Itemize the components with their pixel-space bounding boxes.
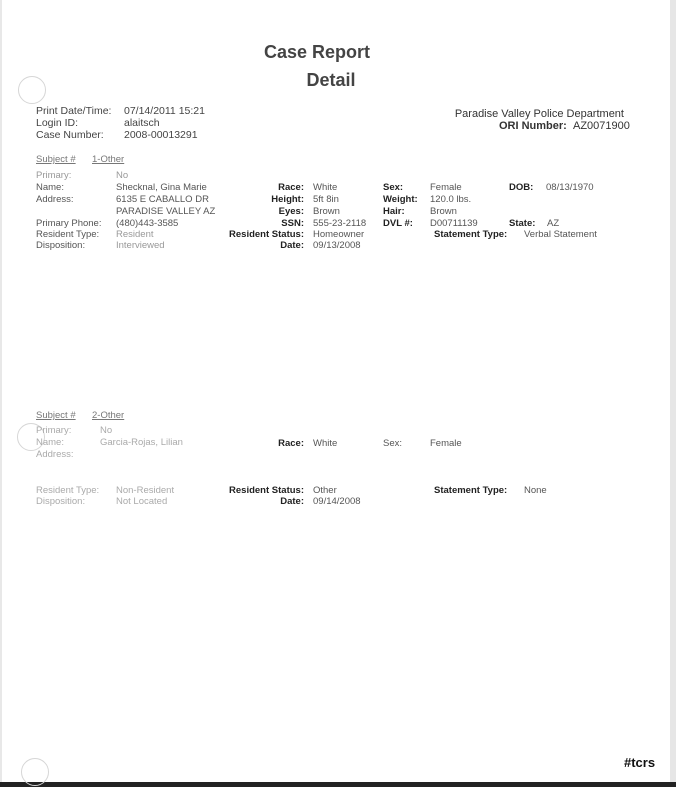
race-label: Race: — [278, 182, 304, 193]
case-number-label: Case Number: — [36, 129, 104, 141]
height-label: Height: — [271, 194, 304, 205]
address-label: Address: — [36, 449, 74, 460]
page-edge — [670, 0, 676, 782]
hair-label: Hair: — [383, 206, 405, 217]
sex-label: Sex: — [383, 438, 402, 449]
resident-type-label: Resident Type: — [36, 229, 99, 240]
sex-value: Female — [430, 182, 462, 193]
disposition-value: Interviewed — [116, 240, 165, 251]
name-label: Name: — [36, 437, 64, 448]
disposition-label: Disposition: — [36, 240, 85, 251]
dvl-label: DVL #: — [383, 218, 413, 229]
dob-label: DOB: — [509, 182, 533, 193]
print-datetime-label: Print Date/Time: — [36, 105, 111, 117]
name-value: Garcia-Rojas, Lilian — [100, 437, 183, 448]
primary-value: No — [100, 425, 112, 436]
weight-label: Weight: — [383, 194, 418, 205]
resident-status-label: Resident Status: — [229, 485, 304, 496]
name-value: Shecknal, Gina Marie — [116, 182, 207, 193]
ori-value: AZ0071900 — [573, 120, 630, 132]
login-id-value: alaitsch — [124, 117, 160, 129]
primary-phone-label: Primary Phone: — [36, 218, 101, 229]
statement-type-label: Statement Type: — [434, 229, 507, 240]
date-value: 09/14/2008 — [313, 496, 361, 507]
print-datetime-value: 07/14/2011 15:21 — [124, 105, 205, 117]
report-subtitle: Detail — [231, 70, 431, 91]
race-value: White — [313, 182, 337, 193]
ssn-label: SSN: — [281, 218, 304, 229]
ssn-value: 555-23-2118 — [313, 218, 366, 229]
date-label: Date: — [280, 240, 304, 251]
bottom-border — [0, 782, 676, 787]
resident-type-label: Resident Type: — [36, 485, 99, 496]
watermark-tag: #tcrs — [624, 755, 655, 770]
ori-label: ORI Number: — [499, 120, 567, 132]
name-label: Name: — [36, 182, 64, 193]
primary-value: No — [116, 170, 128, 181]
dob-value: 08/13/1970 — [546, 182, 594, 193]
weight-value: 120.0 lbs. — [430, 194, 471, 205]
sex-label: Sex: — [383, 182, 403, 193]
subject-label: Subject # — [36, 154, 76, 165]
date-label: Date: — [280, 496, 304, 507]
statement-type-value: Verbal Statement — [524, 229, 597, 240]
report-title: Case Report — [217, 42, 417, 63]
statement-type-label: Statement Type: — [434, 485, 507, 496]
punch-hole-icon — [18, 76, 46, 104]
disposition-value: Not Located — [116, 496, 167, 507]
resident-type-value: Resident — [116, 229, 154, 240]
hair-value: Brown — [430, 206, 457, 217]
login-id-label: Login ID: — [36, 117, 78, 129]
state-value: AZ — [547, 218, 559, 229]
dvl-value: D00711139 — [430, 218, 478, 229]
resident-status-label: Resident Status: — [229, 229, 304, 240]
race-label: Race: — [278, 438, 304, 449]
subject-label: Subject # — [36, 410, 76, 421]
date-value: 09/13/2008 — [313, 240, 361, 251]
statement-type-value: None — [524, 485, 547, 496]
primary-label: Primary: — [36, 170, 71, 181]
subject-number: 2-Other — [92, 410, 124, 421]
state-label: State: — [509, 218, 535, 229]
primary-phone-value: (480)443-3585 — [116, 218, 178, 229]
height-value: 5ft 8in — [313, 194, 339, 205]
case-number-value: 2008-00013291 — [124, 129, 198, 141]
subject-number: 1-Other — [92, 154, 124, 165]
punch-hole-icon — [21, 758, 49, 786]
resident-status-value: Homeowner — [313, 229, 364, 240]
resident-status-value: Other — [313, 485, 337, 496]
resident-type-value: Non-Resident — [116, 485, 174, 496]
address-line2: PARADISE VALLEY AZ — [116, 206, 215, 217]
primary-label: Primary: — [36, 425, 71, 436]
eyes-label: Eyes: — [279, 206, 304, 217]
sex-value: Female — [430, 438, 462, 449]
race-value: White — [313, 438, 337, 449]
department-name: Paradise Valley Police Department — [455, 108, 624, 120]
eyes-value: Brown — [313, 206, 340, 217]
disposition-label: Disposition: — [36, 496, 85, 507]
address-label: Address: — [36, 194, 74, 205]
address-line1: 6135 E CABALLO DR — [116, 194, 209, 205]
